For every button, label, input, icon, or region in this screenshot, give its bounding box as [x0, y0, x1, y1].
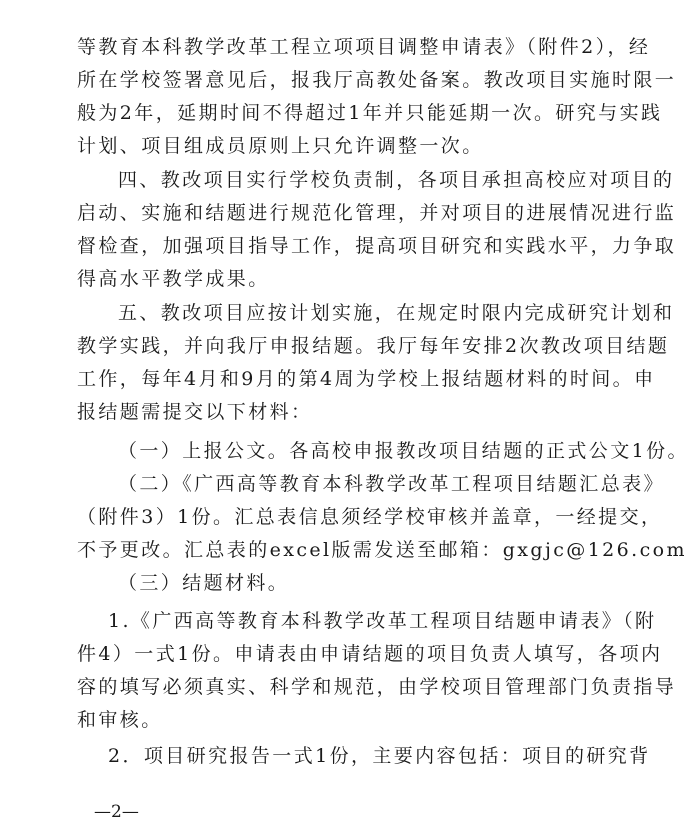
body-line-1: 等教育本科教学改革工程立项项目调整申请表》（附件2），经 [77, 32, 607, 62]
subitem-one-line-2: 件4）一式1份。申请表由申请结题的项目负责人填写，各项内 [77, 639, 607, 669]
body-line-4: 计划、项目组成员原则上只允许调整一次。 [77, 131, 607, 161]
item-two-line-1: （二）《广西高等教育本科教学改革工程项目结题汇总表》 [118, 469, 607, 499]
section-five-line-2: 教学实践，并向我厅申报结题。我厅每年安排2次教改项目结题 [77, 331, 607, 361]
page-number: —2— [94, 802, 139, 822]
body-line-2: 所在学校签署意见后，报我厅高教处备案。教改项目实施时限一 [77, 65, 607, 95]
section-four-line-1: 四、教改项目实行学校负责制，各项目承担高校应对项目的 [118, 165, 607, 195]
subitem-one-line-1: 1.《广西高等教育本科教学改革工程项目结题申请表》（附 [108, 606, 607, 636]
item-one-line: （一）上报公文。各高校申报教改项目结题的正式公文1份。 [118, 436, 607, 466]
subitem-one-line-4: 和审核。 [77, 705, 607, 735]
section-five-line-4: 报结题需提交以下材料： [77, 397, 607, 427]
section-four-line-4: 得高水平教学成果。 [77, 264, 607, 294]
item-three-line: （三）结题材料。 [118, 568, 607, 598]
subitem-two-line-1: 2．项目研究报告一式1份，主要内容包括：项目的研究背 [108, 741, 607, 771]
section-four-line-2: 启动、实施和结题进行规范化管理，并对项目的进展情况进行监 [77, 198, 607, 228]
document-page: 等教育本科教学改革工程立项项目调整申请表》（附件2），经 所在学校签署意见后，报… [0, 0, 687, 832]
item-two-line-2: （附件3）1份。汇总表信息须经学校审核并盖章，一经提交， [77, 502, 607, 532]
section-four-line-3: 督检查，加强项目指导工作，提高项目研究和实践水平，力争取 [77, 231, 607, 261]
section-five-line-1: 五、教改项目应按计划实施，在规定时限内完成研究计划和 [118, 298, 607, 328]
item-two-line-3: 不予更改。汇总表的excel版需发送至邮箱：gxgjc@126.com。 [77, 535, 607, 565]
subitem-one-line-3: 容的填写必须真实、科学和规范，由学校项目管理部门负责指导 [77, 672, 607, 702]
body-line-3: 般为2年，延期时间不得超过1年并只能延期一次。研究与实践 [77, 98, 607, 128]
section-five-line-3: 工作，每年4月和9月的第4周为学校上报结题材料的时间。申 [77, 364, 607, 394]
